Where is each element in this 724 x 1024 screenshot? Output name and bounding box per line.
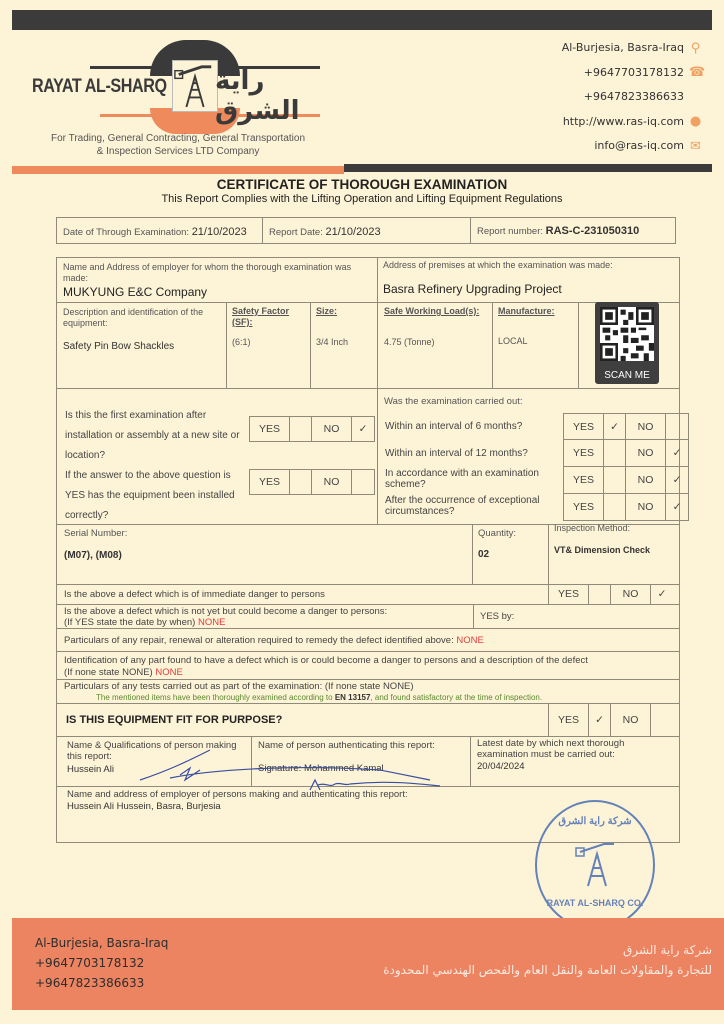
quantity-label: Quantity: [478,528,516,539]
fit-yes-checkbox[interactable]: ✓ [589,703,611,736]
divider [226,302,227,388]
exam-date-label: Date of Through Examination: [63,227,189,238]
divider [56,388,680,389]
future-danger-value: NONE [198,617,225,628]
safety-factor-value: (6:1) [232,337,251,348]
yes-label: YES [549,703,589,736]
divider [56,604,680,605]
divider [56,736,680,737]
footer-phone2[interactable]: +9647823386633 [35,973,168,993]
stamp-text-ar: شركة راية الشرق [537,816,653,827]
serial-label: Serial Number: [64,528,127,539]
next-exam-value: 20/04/2024 [477,761,525,772]
yes-label: YES [564,467,604,493]
equipment-desc-label: Description and identification of the eq… [63,307,223,329]
divider [473,604,474,628]
divider [472,524,473,584]
footer-band: Al-Burjesia, Basra-Iraq +9647703178132 +… [12,918,724,1010]
size-value: 3/4 Inch [316,337,348,348]
carried-out-yes-checkbox[interactable] [604,467,626,493]
quantity-value: 02 [478,549,489,560]
divider [56,628,680,629]
immediate-danger-no-checkbox[interactable]: ✓ [651,584,673,604]
tests-note: The mentioned items have been thoroughly… [96,693,542,702]
spacer [689,91,702,104]
carried-out-no-checkbox[interactable]: ✓ [666,440,688,466]
header-contact-block: Al-Burjesia, Basra-Iraq⚲ +9647703178132☎… [562,36,702,159]
yes-label: YES [564,440,604,466]
repair-value: NONE [456,635,483,646]
qr-scan-label: SCAN ME [595,370,659,381]
stamp-text-en: RAYAT AL-SHARQ CO. [537,898,653,908]
no-label: NO [611,584,651,604]
address-text: Al-Burjesia, Basra-Iraq [562,38,684,58]
repair-field: Particulars of any repair, renewal or al… [64,635,484,646]
manufacture-label: Manufacture: [498,306,555,317]
report-date-field: Report Date: 21/10/2023 [269,226,381,238]
carried-out-no-checkbox[interactable] [666,414,688,439]
repair-label: Particulars of any repair, renewal or al… [64,635,454,646]
future-danger-line1: Is the above a defect which is not yet b… [64,606,387,617]
exam-date-value: 21/10/2023 [192,226,247,238]
equipment-desc-value: Safety Pin Bow Shackles [63,341,174,352]
report-number-value: RAS-C-231050310 [546,225,640,237]
carried-out-question: Within an interval of 6 months? [385,421,555,432]
yes-label: YES [549,584,589,604]
divider [56,302,680,303]
header-top-bar [12,10,712,30]
tagline-line2: & Inspection Services LTD Company [28,145,328,158]
manufacture-value: LOCAL [498,336,528,347]
carried-out-yes-checkbox[interactable] [604,494,626,520]
company-tagline: For Trading, General Contracting, Genera… [28,132,328,158]
installed-correctly-question: If the answer to the above question is Y… [65,466,247,526]
qr-code-icon [600,307,654,361]
divider [56,679,680,680]
serial-value: (M07), (M08) [64,550,122,561]
tests-standard: EN 13157 [335,693,371,702]
carried-out-yes-checkbox[interactable] [604,440,626,466]
maker-value: Hussein Ali [67,764,114,775]
header-separator-dark [344,164,712,172]
premises-value: Basra Refinery Upgrading Project [383,282,562,296]
report-date-label: Report Date: [269,227,323,238]
yes-label: YES [250,470,290,494]
qr-code[interactable]: SCAN ME [595,302,659,384]
footer-arabic: شركة راية الشرق للتجارة والمقاولات العام… [383,940,712,980]
logo-text-ar: راية الشرق [215,66,330,126]
employer-value: MUKYUNG E&C Company [63,285,207,299]
inspection-method-value: VT& Dimension Check [554,545,650,555]
divider [377,388,378,524]
footer-address: Al-Burjesia, Basra-Iraq [35,933,168,953]
defect-part-value: NONE [155,667,182,678]
divider [492,302,493,388]
inspection-method-label: Inspection Method: [554,523,630,533]
no-label: NO [626,440,666,466]
tests-note-before: The mentioned items have been thoroughly… [96,693,333,702]
carried-out-no-checkbox[interactable]: ✓ [666,494,688,520]
certificate-title: CERTIFICATE OF THOROUGH EXAMINATION [0,177,724,192]
tests-label: Particulars of any tests carried out as … [64,681,414,692]
swl-label: Safe Working Load(s): [384,306,479,317]
location-pin-icon: ⚲ [689,42,702,55]
divider [56,651,680,652]
exam-date-field: Date of Through Examination: 21/10/2023 [63,226,247,238]
telephone-icon: ☎ [689,66,702,79]
report-info-row: Date of Through Examination: 21/10/2023 … [56,217,676,244]
divider [578,302,579,388]
fit-for-purpose-answer: YES ✓ NO [548,703,681,736]
email-link[interactable]: info@ras-iq.com [594,136,684,156]
company-stamp: شركة راية الشرق RAYAT AL-SHARQ CO. [535,800,655,930]
handwritten-signature [130,740,450,800]
defect-part-line1: Identification of any part found to have… [64,655,588,667]
carried-out-answer: YES✓NO [563,413,689,440]
no-label: NO [626,467,666,493]
carried-out-answer: YESNO✓ [563,494,689,521]
tagline-line1: For Trading, General Contracting, Genera… [28,132,328,145]
logo-text-en: RAYAT AL-SHARQ [32,76,167,98]
carried-out-no-checkbox[interactable]: ✓ [666,467,688,493]
phone2-link[interactable]: +9647823386633 [584,87,684,107]
website-link[interactable]: http://www.ras-iq.com [563,112,684,132]
first-exam-question: Is this the first examination after inst… [65,406,245,466]
oil-rig-icon [172,60,218,112]
employer-label: Name and Address of employer for whom th… [63,262,371,284]
installed-no-checkbox[interactable] [352,470,374,494]
report-number-label: Report number: [477,226,543,237]
carried-out-question: After the occurrence of exceptional circ… [385,495,555,517]
future-danger-line2: (If YES state the date by when) [64,617,195,628]
immediate-danger-answer: YES NO ✓ [548,584,673,604]
yes-by-label: YES by: [480,611,514,622]
footer-ar-line1: شركة راية الشرق [383,940,712,960]
report-number-field: Report number: RAS-C-231050310 [477,225,639,237]
footer-contact: Al-Burjesia, Basra-Iraq +9647703178132 +… [35,933,168,993]
no-label: NO [312,470,352,494]
carried-out-yes-checkbox[interactable]: ✓ [604,414,626,439]
future-danger-question: Is the above a defect which is not yet b… [64,606,387,628]
certificate-subtitle: This Report Complies with the Lifting Op… [0,193,724,205]
carried-out-answer: YESNO✓ [563,467,689,494]
installed-correctly-answer: YES NO [249,469,375,495]
immediate-danger-yes-checkbox[interactable] [589,584,611,604]
size-label: Size: [316,306,337,317]
globe-icon: ● [689,115,702,128]
yes-label: YES [564,414,604,439]
no-label: NO [611,703,651,736]
first-exam-yes-checkbox[interactable] [290,417,312,441]
stamp-rig-icon [572,840,622,890]
carried-out-question: Within an interval of 12 months? [385,448,555,459]
fit-no-checkbox[interactable] [651,703,681,736]
first-exam-no-checkbox[interactable]: ✓ [352,417,374,441]
header-separator-orange [12,166,344,174]
divider [262,218,263,243]
no-label: NO [626,494,666,520]
carried-out-label: Was the examination carried out: [384,396,523,407]
defect-part-line2: (If none state NONE) [64,667,153,678]
footer-ar-line2: للتجارة والمقاولات العامة والنقل العام و… [383,960,712,980]
carried-out-answer: YESNO✓ [563,440,689,467]
no-label: NO [626,414,666,439]
defect-part-field: Identification of any part found to have… [64,655,588,679]
immediate-danger-question: Is the above a defect which is of immedi… [64,589,325,600]
footer-phone1[interactable]: +9647703178132 [35,953,168,973]
company-logo: RAYAT AL-SHARQ راية الشرق [30,36,330,136]
premises-label: Address of premises at which the examina… [383,260,613,271]
carried-out-question: In accordance with an examination scheme… [385,468,555,490]
yes-label: YES [250,417,290,441]
no-label: NO [312,417,352,441]
installed-yes-checkbox[interactable] [290,470,312,494]
swl-value: 4.75 (Tonne) [384,337,435,348]
yes-label: YES [564,494,604,520]
phone1-link[interactable]: +9647703178132 [584,63,684,83]
first-exam-answer: YES NO ✓ [249,416,375,442]
divider [310,302,311,388]
report-date-value: 21/10/2023 [326,226,381,238]
report-employer-value: Hussein Ali Hussein, Basra, Burjesia [67,801,221,812]
divider [470,736,471,786]
envelope-icon: ✉ [689,140,702,153]
divider [377,257,378,388]
fit-for-purpose-question: IS THIS EQUIPMENT FIT FOR PURPOSE? [66,714,282,726]
divider [548,524,549,584]
next-exam-label: Latest date by which next thorough exami… [477,738,667,760]
tests-note-after: , and found satisfactory at the time of … [370,693,542,702]
divider [470,218,471,243]
safety-factor-label: Safety Factor (SF): [232,306,302,328]
